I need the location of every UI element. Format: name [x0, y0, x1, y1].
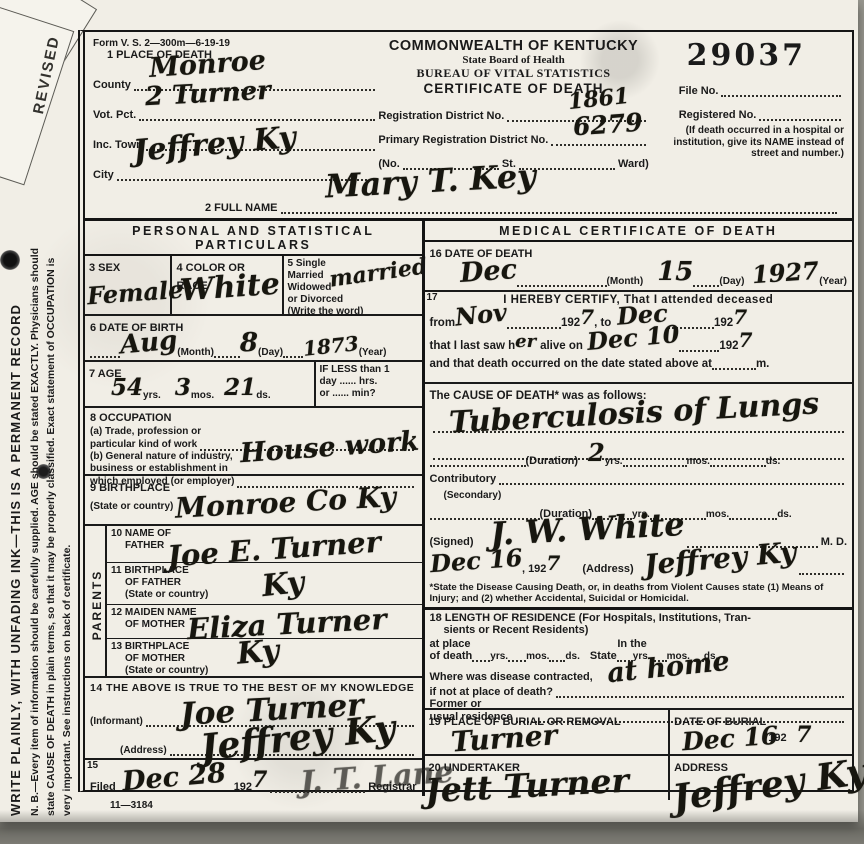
if-less-label: or ...... min?: [320, 388, 418, 400]
father-birthplace-field: 11 BIRTHPLACE OF FATHER (State or countr…: [107, 563, 422, 605]
of-death-label: of death: [430, 650, 473, 662]
ds-label: ds.: [256, 390, 270, 401]
residence-label-line1: 18 LENGTH OF RESIDENCE (For Hospitals, I…: [430, 612, 751, 624]
mos-label: mos.: [191, 390, 214, 401]
birth-month-value: Aug: [119, 326, 179, 361]
day-label: (Day): [719, 276, 744, 287]
registered-no-label: Registered No.: [679, 109, 757, 121]
file-number-block: 29037 File No. Registered No. (If death …: [649, 38, 844, 184]
duration-primary-field: (Duration) 2 yrs. mos. ds.: [425, 448, 853, 470]
to-year-value: 7: [733, 305, 747, 329]
duration-years-value: 2: [588, 438, 605, 467]
dotted-line: [729, 509, 777, 520]
at-place-label: at place: [430, 638, 618, 650]
death-day-value: 15: [657, 257, 693, 287]
sex-race-marital-row: 3 SEX Female 4 COLOR OR RACE White 5 Sin…: [85, 256, 422, 316]
dotted-line: [710, 456, 766, 467]
form-body: PERSONAL AND STATISTICAL PARTICULARS 3 S…: [85, 218, 852, 796]
burial-year-value: 7: [796, 722, 811, 748]
dotted-line: [556, 685, 844, 698]
year-printed: 192: [561, 317, 580, 329]
occupation-field: 8 OCCUPATION (a) Trade, profession or pa…: [85, 406, 422, 476]
ds-label: ds.: [766, 456, 780, 467]
in-the-label: In the: [617, 638, 646, 650]
ward-label: Ward): [618, 158, 649, 170]
dotted-line: [507, 318, 561, 329]
undertaker-row: 20 UNDERTAKER Jett Turner ADDRESS Jeffre…: [425, 756, 853, 800]
signed-date-address-field: Dec 16 , 192 7 (Address) Jeffrey Ky: [425, 554, 853, 580]
voting-precinct-field: Vot. Pct. 2 Turner: [93, 91, 378, 121]
margin-instructions: WRITE PLAINLY, WITH UNFADING INK—THIS IS…: [6, 24, 76, 816]
personal-section-title: PERSONAL AND STATISTICAL PARTICULARS: [85, 221, 422, 256]
yrs-label: yrs.: [490, 651, 508, 662]
place-of-burial-value: Turner: [449, 718, 557, 758]
contributory-label: Contributory: [430, 473, 497, 485]
board-of-health: State Board of Health: [378, 54, 648, 66]
last-saw-mid: alive on: [540, 340, 583, 352]
year-label: (Year): [359, 347, 387, 358]
parents-section: PARENTS 10 NAME OF FATHER Joe E. Turner …: [85, 526, 422, 676]
dotted-line: [712, 359, 756, 370]
margin-note-line: state CAUSE OF DEATH in plain terms, so …: [43, 24, 59, 816]
place-of-death-block: Form V. S. 2—300m—6-19-19 1 PLACE OF DEA…: [93, 38, 378, 184]
signed-date-value: Dec 16: [429, 543, 523, 578]
mos-label: mos.: [526, 651, 549, 662]
age-days-value: 21: [224, 374, 256, 401]
file-no-label: File No.: [679, 85, 719, 97]
primary-registration-label: Primary Registration District No.: [378, 134, 548, 146]
mos-label: mos.: [687, 456, 710, 467]
commonwealth-title: COMMONWEALTH OF KENTUCKY: [378, 38, 648, 54]
informant-section: 14 THE ABOVE IS TRUE TO THE BEST OF MY K…: [85, 676, 422, 760]
dotted-line: [623, 456, 687, 467]
file-no-field: File No.: [679, 73, 844, 97]
scan-shadow: [0, 810, 864, 844]
dotted-line: [549, 651, 565, 662]
birthplace-field: 9 BIRTHPLACE (State or country) Monroe C…: [85, 476, 422, 526]
death-month-value: Dec: [458, 254, 517, 289]
dotted-line: [679, 341, 719, 352]
cause-of-death-field: The CAUSE OF DEATH* was as follows: Tube…: [425, 384, 853, 448]
cause-footnote: *State the Disease Causing Death, or, in…: [425, 580, 853, 610]
if-less-than-day-box: IF LESS than 1 day ...... hrs. or ......…: [314, 362, 422, 406]
occurred-m-label: m.: [756, 358, 769, 370]
primary-registration-field: Primary Registration District No. 6279: [378, 122, 648, 146]
filed-number: 15: [87, 760, 98, 771]
color-race-field: 4 COLOR OR RACE White: [172, 256, 283, 314]
contributory-field: Contributory (Secondary): [425, 470, 853, 506]
age-field: 7 AGE 54 yrs. 3 mos. 21 ds.: [85, 362, 314, 406]
scanned-death-certificate: REVISED WRITE PLAINLY, WITH UNFADING INK…: [0, 0, 864, 844]
dotted-line: [430, 456, 526, 467]
yrs-label: yrs.: [605, 456, 623, 467]
attended-from-value: Nov: [454, 297, 509, 331]
full-name-label: 2 FULL NAME: [205, 202, 278, 214]
certify-number: 17: [427, 292, 438, 303]
if-less-label: IF LESS than 1: [320, 364, 418, 376]
occupation-a-label2: particular kind of work: [90, 439, 197, 451]
md-label: M. D.: [821, 536, 847, 548]
signed-year-printed: , 192: [522, 563, 546, 575]
last-saw-year-value: 7: [739, 328, 753, 352]
date-of-birth-field: 6 DATE OF BIRTH Aug (Month) 8 (Day) 1873…: [85, 316, 422, 362]
county-label: County: [93, 79, 131, 91]
medical-section-title: MEDICAL CERTIFICATE OF DEATH: [425, 221, 853, 242]
certification-paragraph: 17 I HEREBY CERTIFY, That I attended dec…: [425, 292, 853, 384]
undertaker-address-value: Jeffrey Ky: [670, 750, 864, 819]
dotted-line: [472, 651, 490, 662]
primary-registration-value: 6279: [572, 108, 643, 142]
filed-date-value: Dec 28: [121, 758, 227, 798]
if-not-label: if not at place of death?: [430, 686, 553, 698]
full-name-field: 2 FULL NAME Mary T. Key: [85, 184, 852, 218]
sex-field: 3 SEX Female: [85, 256, 172, 314]
occupation-label: 8 OCCUPATION: [90, 412, 172, 424]
sex-value: Female: [86, 275, 184, 311]
dotted-line: [214, 347, 240, 358]
signed-address-label: (Address): [582, 563, 633, 575]
sex-label: 3 SEX: [89, 262, 120, 274]
place-of-burial-field: 19 PLACE OF BURIAL OR REMOVAL Turner: [425, 710, 669, 754]
medical-certificate-column: MEDICAL CERTIFICATE OF DEATH 16 DATE OF …: [422, 221, 853, 796]
ds-label: ds.: [565, 651, 579, 662]
certificate-paper: REVISED WRITE PLAINLY, WITH UNFADING INK…: [0, 0, 858, 822]
birthplace-value: Monroe Co Ky: [174, 480, 397, 525]
duration-label: (Duration): [526, 455, 579, 467]
signed-year-value: 7: [546, 551, 560, 575]
marital-label: or Divorced: [288, 294, 418, 306]
from-label: from: [430, 317, 456, 329]
yrs-label: yrs.: [143, 390, 161, 401]
dotted-line: [90, 347, 120, 358]
residence-label-line2: sients or Recent Residents): [430, 624, 589, 636]
death-occurred-line: and that death occurred on the date stat…: [430, 358, 712, 370]
birth-year-value: 1873: [302, 331, 360, 361]
burial-row: 19 PLACE OF BURIAL OR REMOVAL Turner DAT…: [425, 710, 853, 756]
dotted-line: [759, 108, 841, 121]
informant-label: (Informant): [90, 716, 143, 727]
color-race-value: White: [179, 267, 281, 309]
last-saw-pre: that I last saw h: [430, 340, 516, 352]
date-of-death-field: 16 DATE OF DEATH Dec (Month) 15 (Day) 19…: [425, 242, 853, 292]
registration-district-label: Registration District No.: [378, 110, 504, 122]
dotted-line: [508, 651, 526, 662]
date-of-burial-field: DATE OF BURIAL Dec 16 , 192 7: [668, 710, 852, 754]
registered-no-field: Registered No.: [679, 97, 844, 121]
year-printed: 192: [714, 317, 733, 329]
dotted-line: [799, 562, 844, 575]
dotted-line: [517, 276, 607, 287]
state-or-country-label: (State or country): [90, 501, 173, 512]
mother-birthplace-value: Ky: [236, 633, 281, 672]
voting-precinct-label: Vot. Pct.: [93, 109, 136, 121]
mother-birthplace-field: 13 BIRTHPLACE OF MOTHER (State or countr…: [107, 639, 422, 676]
age-months-value: 3: [175, 374, 191, 401]
month-label: (Month): [607, 276, 644, 287]
dotted-line: [499, 472, 844, 485]
informant-address-label: (Address): [120, 745, 167, 756]
from-year-value: 7: [580, 305, 594, 329]
margin-note-line: WRITE PLAINLY, WITH UNFADING INK—THIS IS…: [6, 24, 27, 816]
certificate-number: 29037: [649, 38, 844, 73]
month-label: (Month): [177, 347, 214, 358]
day-label: (Day): [258, 347, 283, 358]
birth-day-value: 8: [240, 328, 258, 358]
death-certificate-form: Form V. S. 2—300m—6-19-19 1 PLACE OF DEA…: [78, 30, 854, 792]
dotted-line: [283, 347, 303, 358]
if-less-label: day ...... hrs.: [320, 376, 418, 388]
residence-section: 18 LENGTH OF RESIDENCE (For Hospitals, I…: [425, 610, 853, 710]
dotted-line: [721, 84, 841, 97]
last-saw-her: er: [515, 331, 536, 352]
undertaker-address-field: ADDRESS Jeffrey Ky: [668, 756, 852, 800]
ds-label: ds.: [777, 509, 791, 520]
margin-note-line: very important. See instructions on back…: [59, 24, 75, 816]
marital-status-field: 5 Single Married Widowed or Divorced (Wr…: [284, 256, 422, 314]
filed-year-printed: 192: [234, 781, 252, 793]
undertaker-field: 20 UNDERTAKER Jett Turner: [425, 756, 669, 800]
year-label: (Year): [819, 276, 847, 287]
margin-note-line: N. B.—Every item of information should b…: [27, 24, 43, 816]
contracted-label: Where was disease contracted,: [430, 671, 593, 683]
bureau-title: BUREAU OF VITAL STATISTICS: [378, 66, 648, 81]
birthplace-label: 9 BIRTHPLACE: [90, 482, 170, 494]
former-label: Former or: [430, 698, 482, 710]
filed-label: Filed: [90, 781, 116, 793]
hospital-note: (If death occurred in a hospital or inst…: [649, 125, 844, 160]
father-birthplace-value: Ky: [260, 565, 306, 604]
dotted-line: [693, 276, 719, 287]
father-name-field: 10 NAME OF FATHER Joe E. Turner: [107, 526, 422, 563]
personal-particulars-column: PERSONAL AND STATISTICAL PARTICULARS 3 S…: [85, 221, 422, 796]
burial-year-printed: , 192: [762, 732, 786, 744]
city-label: City: [93, 169, 114, 181]
age-row: 7 AGE 54 yrs. 3 mos. 21 ds.: [85, 362, 422, 406]
filed-year-value: 7: [252, 767, 267, 793]
voting-precinct-value: 2 Turner: [144, 76, 271, 113]
parents-vertical-label: PARENTS: [85, 526, 107, 676]
mos-label: mos.: [706, 509, 729, 520]
death-year-value: 1927: [751, 256, 820, 290]
year-printed: 192: [719, 340, 738, 352]
age-years-value: 54: [111, 374, 143, 401]
secondary-label: (Secondary): [430, 490, 502, 501]
